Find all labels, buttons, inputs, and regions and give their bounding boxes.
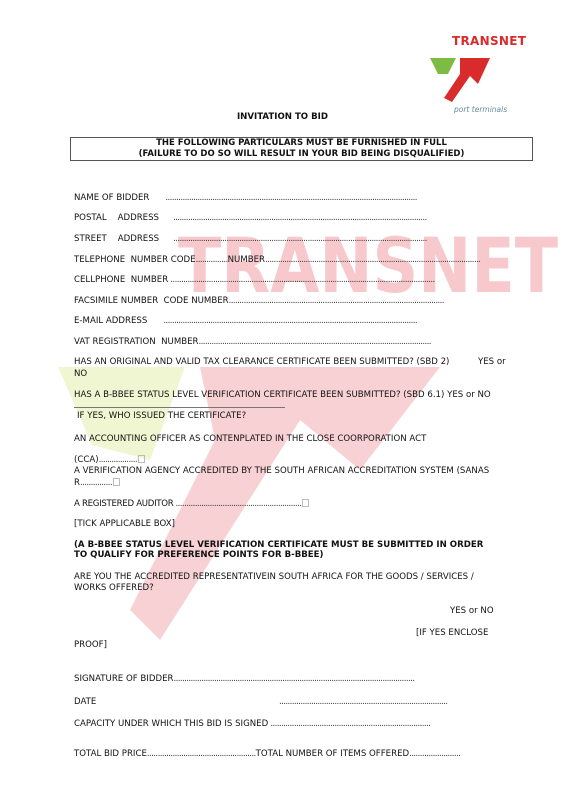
- accounting-officer-label: AN ACCOUNTING OFFICER AS CONTENPLATED IN…: [74, 434, 426, 444]
- date-field[interactable]: DATE: [74, 697, 96, 707]
- facsimile-field[interactable]: FACSIMILE NUMBER CODE NUMBER............…: [74, 296, 444, 306]
- registered-auditor-option[interactable]: A REGISTERED AUDITOR ...................…: [74, 499, 309, 509]
- date-dots: ........................................…: [279, 697, 447, 707]
- field-label: POSTAL ADDRESS: [74, 213, 159, 223]
- proof-label: PROOF]: [74, 640, 107, 650]
- total-bid-price-label: TOTAL BID PRICE: [74, 749, 147, 759]
- tax-yes-option[interactable]: YES or: [478, 357, 506, 367]
- divider: [74, 407, 285, 408]
- disqualification-notice: THE FOLLOWING PARTICULARS MUST BE FURNIS…: [70, 137, 533, 161]
- option-label: A REGISTERED AUDITOR: [74, 499, 173, 509]
- bbbee-notice-line-2: TO QUALIFY FOR PREFERENCE POINTS FOR B-B…: [74, 550, 323, 560]
- bbbee-notice-line-1: (A B-BBEE STATUS LEVEL VERIFICATION CERT…: [74, 540, 483, 550]
- field-label: CAPACITY UNDER WHICH THIS BID IS SIGNED: [74, 719, 268, 729]
- transnet-logo: TRANSNET port terminals: [428, 30, 550, 120]
- field-label: TELEPHONE NUMBER CODE: [74, 255, 196, 265]
- option-label: (CCA): [74, 455, 99, 465]
- field-label: FACSIMILE NUMBER CODE NUMBER: [74, 296, 229, 306]
- field-label: CELLPHONE NUMBER: [74, 275, 168, 285]
- totals-row[interactable]: TOTAL BID PRICE.........................…: [74, 749, 460, 759]
- vat-registration-field[interactable]: VAT REGISTRATION NUMBER.................…: [74, 337, 431, 347]
- representative-yes-no[interactable]: YES or NO: [450, 606, 494, 616]
- total-items-label: TOTAL NUMBER OF ITEMS OFFERED: [256, 749, 410, 759]
- cellphone-field[interactable]: CELLPHONE NUMBER .......................…: [74, 275, 435, 285]
- representative-question-line-1: ARE YOU THE ACCREDITED REPRESENTATIVEIN …: [74, 572, 474, 582]
- transnet-arrow-logo-icon: [428, 54, 508, 104]
- field-label: NAME OF BIDDER: [74, 193, 149, 203]
- email-field[interactable]: E-MAIL ADDRESS..........................…: [74, 316, 417, 326]
- logo-brand: TRANSNET: [452, 34, 526, 48]
- notice-line-1: THE FOLLOWING PARTICULARS MUST BE FURNIS…: [71, 138, 532, 149]
- field-label: E-MAIL ADDRESS: [74, 316, 147, 326]
- checkbox-icon[interactable]: [113, 478, 120, 486]
- name-of-bidder-field[interactable]: NAME OF BIDDER..........................…: [74, 193, 417, 203]
- cca-option[interactable]: (CCA)..................: [74, 455, 145, 465]
- field-sublabel: NUMBER: [228, 255, 265, 265]
- field-label: DATE: [74, 697, 96, 707]
- telephone-field[interactable]: TELEPHONE NUMBER CODE...............NUMB…: [74, 255, 480, 265]
- checkbox-icon[interactable]: [302, 499, 309, 507]
- bid-form: INVITATION TO BID THE FOLLOWING PARTICUL…: [0, 0, 565, 800]
- capacity-field[interactable]: CAPACITY UNDER WHICH THIS BID IS SIGNED …: [74, 719, 430, 729]
- sanas-option[interactable]: R...............: [74, 478, 120, 488]
- field-label: STREET ADDRESS: [74, 234, 159, 244]
- if-yes-issuer-label: IF YES, WHO ISSUED THE CERTIFICATE?: [77, 411, 246, 421]
- bbbee-question: HAS A B-BBEE STATUS LEVEL VERIFICATION C…: [74, 390, 491, 400]
- document-page: TRANSNET TRANSNET port terminals INVITAT…: [0, 0, 565, 800]
- checkbox-icon[interactable]: [138, 455, 145, 463]
- field-label: VAT REGISTRATION NUMBER: [74, 337, 199, 347]
- tick-box-instruction: [TICK APPLICABLE BOX]: [74, 519, 175, 529]
- if-yes-enclose-label: [IF YES ENCLOSE: [416, 628, 488, 638]
- postal-address-field[interactable]: POSTAL ADDRESS..........................…: [74, 213, 427, 223]
- representative-question-line-2: WORKS OFFERED?: [74, 583, 154, 593]
- street-address-field[interactable]: STREET ADDRESS..........................…: [74, 234, 427, 244]
- verification-agency-label: A VERIFICATION AGENCY ACCREDITED BY THE …: [74, 466, 489, 476]
- field-label: SIGNATURE OF BIDDER: [74, 674, 173, 684]
- logo-subtitle: port terminals: [454, 105, 507, 114]
- tax-clearance-question: HAS AN ORIGINAL AND VALID TAX CLEARANCE …: [74, 357, 449, 367]
- question-text: HAS AN ORIGINAL AND VALID TAX CLEARANCE …: [74, 357, 449, 367]
- tax-no-option[interactable]: NO: [74, 369, 87, 379]
- notice-line-2: (FAILURE TO DO SO WILL RESULT IN YOUR BI…: [71, 149, 532, 160]
- signature-field[interactable]: SIGNATURE OF BIDDER.....................…: [74, 674, 414, 684]
